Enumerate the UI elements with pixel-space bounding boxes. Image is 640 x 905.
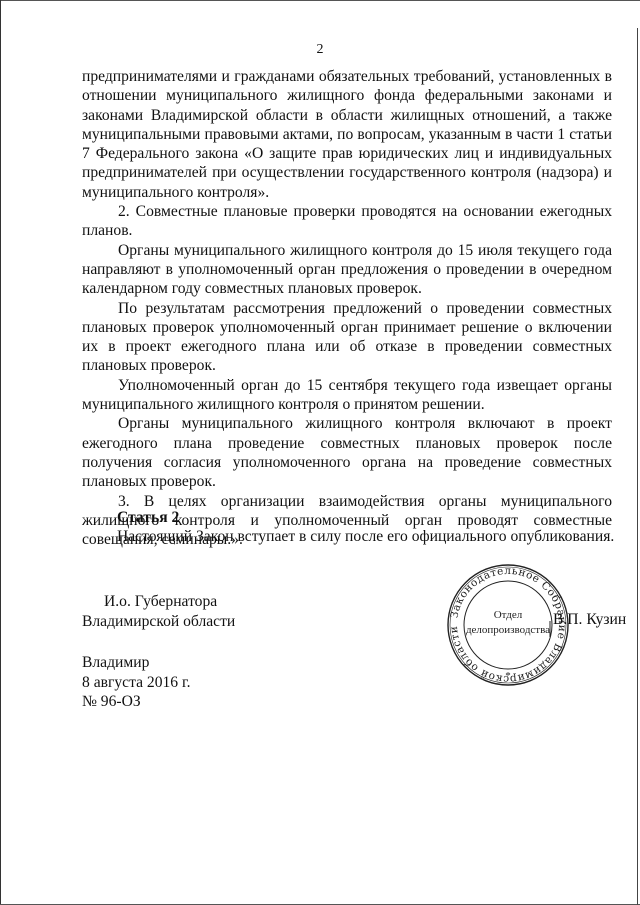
- scan-border-top: [0, 0, 640, 1]
- signer-position: И.о. Губернатора Владимирской области: [82, 592, 235, 632]
- stamp-star: *: [505, 670, 511, 682]
- signer-position-line2: Владимирской области: [82, 612, 235, 632]
- law-number: № 96-ОЗ: [82, 692, 191, 712]
- official-stamp: Законодательное Собрание Владимирской об…: [446, 563, 570, 687]
- article-text: Настоящий Закон вступает в силу после ег…: [117, 527, 614, 546]
- article-2: Статья 2 Настоящий Закон вступает в силу…: [117, 508, 614, 547]
- stamp-seal-icon: Законодательное Собрание Владимирской об…: [446, 563, 570, 687]
- paragraph: 2. Совместные плановые проверки проводят…: [82, 202, 612, 241]
- paragraph: Органы муниципального жилищного контроля…: [82, 414, 612, 491]
- city: Владимир: [82, 653, 191, 673]
- page-number: 2: [0, 42, 640, 58]
- stamp-inner-line2: делопроизводства: [466, 624, 550, 636]
- document-footer: Владимир 8 августа 2016 г. № 96-ОЗ: [82, 653, 191, 712]
- paragraph: Уполномоченный орган до 15 сентября теку…: [82, 376, 612, 415]
- date: 8 августа 2016 г.: [82, 673, 191, 693]
- scan-border-left: [0, 0, 1, 905]
- article-title: Статья 2: [117, 508, 614, 527]
- paragraph: По результатам рассмотрения предложений …: [82, 299, 612, 376]
- signer-position-line1: И.о. Губернатора: [82, 592, 235, 612]
- paragraph: Органы муниципального жилищного контроля…: [82, 241, 612, 299]
- document-body: предпринимателями и гражданами обязатель…: [82, 67, 612, 549]
- signer-name: В.П. Кузин: [553, 611, 626, 629]
- scan-border-right: [637, 28, 638, 905]
- stamp-inner-line1: Отдел: [494, 609, 523, 621]
- paragraph: предпринимателями и гражданами обязатель…: [82, 67, 612, 202]
